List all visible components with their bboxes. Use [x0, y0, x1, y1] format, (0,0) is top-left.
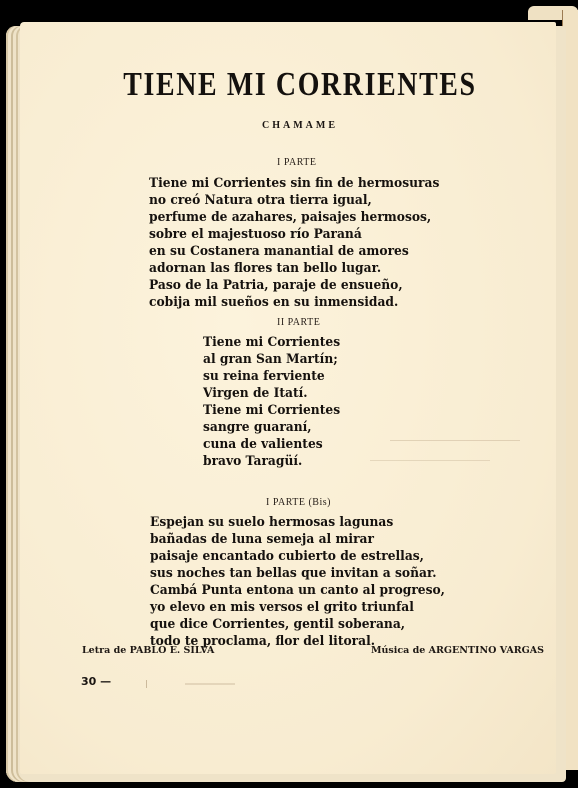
scanned-page: TIENE MI CORRIENTES CHAMAME I PARTE Tien… [0, 0, 578, 788]
verse-line: no creó Natura otra tierra igual, [149, 192, 439, 209]
page-content: TIENE MI CORRIENTES CHAMAME I PARTE Tien… [0, 0, 578, 788]
verse-line: Cambá Punta entona un canto al progreso, [150, 582, 445, 599]
verse-line: paisaje encantado cubierto de estrellas, [150, 548, 445, 565]
verse-line: adornan las flores tan bello lugar. [149, 260, 439, 277]
song-title: TIENE MI CORRIENTES [54, 66, 546, 104]
page-number: 30 — [81, 675, 111, 688]
verse-line: que dice Corrientes, gentil soberana, [150, 616, 445, 633]
section-label-i-bis: I PARTE (Bis) [266, 497, 331, 508]
lyrics-credit: Letra de PABLO E. SILVA [82, 645, 214, 656]
stanza-i-bis: Espejan su suelo hermosas lagunas bañada… [150, 514, 445, 650]
stanza-i: Tiene mi Corrientes sin fin de hermosura… [149, 175, 439, 311]
scan-mark [146, 680, 147, 688]
verse-line: yo elevo en mis versos el grito triunfal [150, 599, 445, 616]
scan-mark [185, 683, 235, 685]
verse-line: al gran San Martín; [203, 351, 340, 368]
verse-line: perfume de azahares, paisajes hermosos, [149, 209, 439, 226]
section-label-i: I PARTE [277, 157, 316, 168]
verse-line: cuna de valientes [203, 436, 340, 453]
verse-line: bañadas de luna semeja al mirar [150, 531, 445, 548]
section-label-ii: II PARTE [277, 317, 320, 328]
verse-line: Espejan su suelo hermosas lagunas [150, 514, 445, 531]
verse-line: su reina ferviente [203, 368, 340, 385]
verse-line: bravo Taragüí. [203, 453, 340, 470]
verse-line: cobija mil sueños en su inmensidad. [149, 294, 439, 311]
verse-line: sangre guaraní, [203, 419, 340, 436]
music-credit: Música de ARGENTINO VARGAS [371, 645, 544, 656]
verse-line: Tiene mi Corrientes sin fin de hermosura… [149, 175, 439, 192]
stanza-ii: Tiene mi Corrientes al gran San Martín; … [203, 334, 340, 470]
verse-line: sobre el majestuoso río Paraná [149, 226, 439, 243]
verse-line: Tiene mi Corrientes [203, 402, 340, 419]
verse-line: Virgen de Itatí. [203, 385, 340, 402]
scan-mark [390, 440, 520, 441]
scan-mark [370, 460, 490, 461]
song-genre: CHAMAME [0, 120, 578, 131]
verse-line: en su Costanera manantial de amores [149, 243, 439, 260]
verse-line: Tiene mi Corrientes [203, 334, 340, 351]
verse-line: Paso de la Patria, paraje de ensueño, [149, 277, 439, 294]
verse-line: sus noches tan bellas que invitan a soña… [150, 565, 445, 582]
